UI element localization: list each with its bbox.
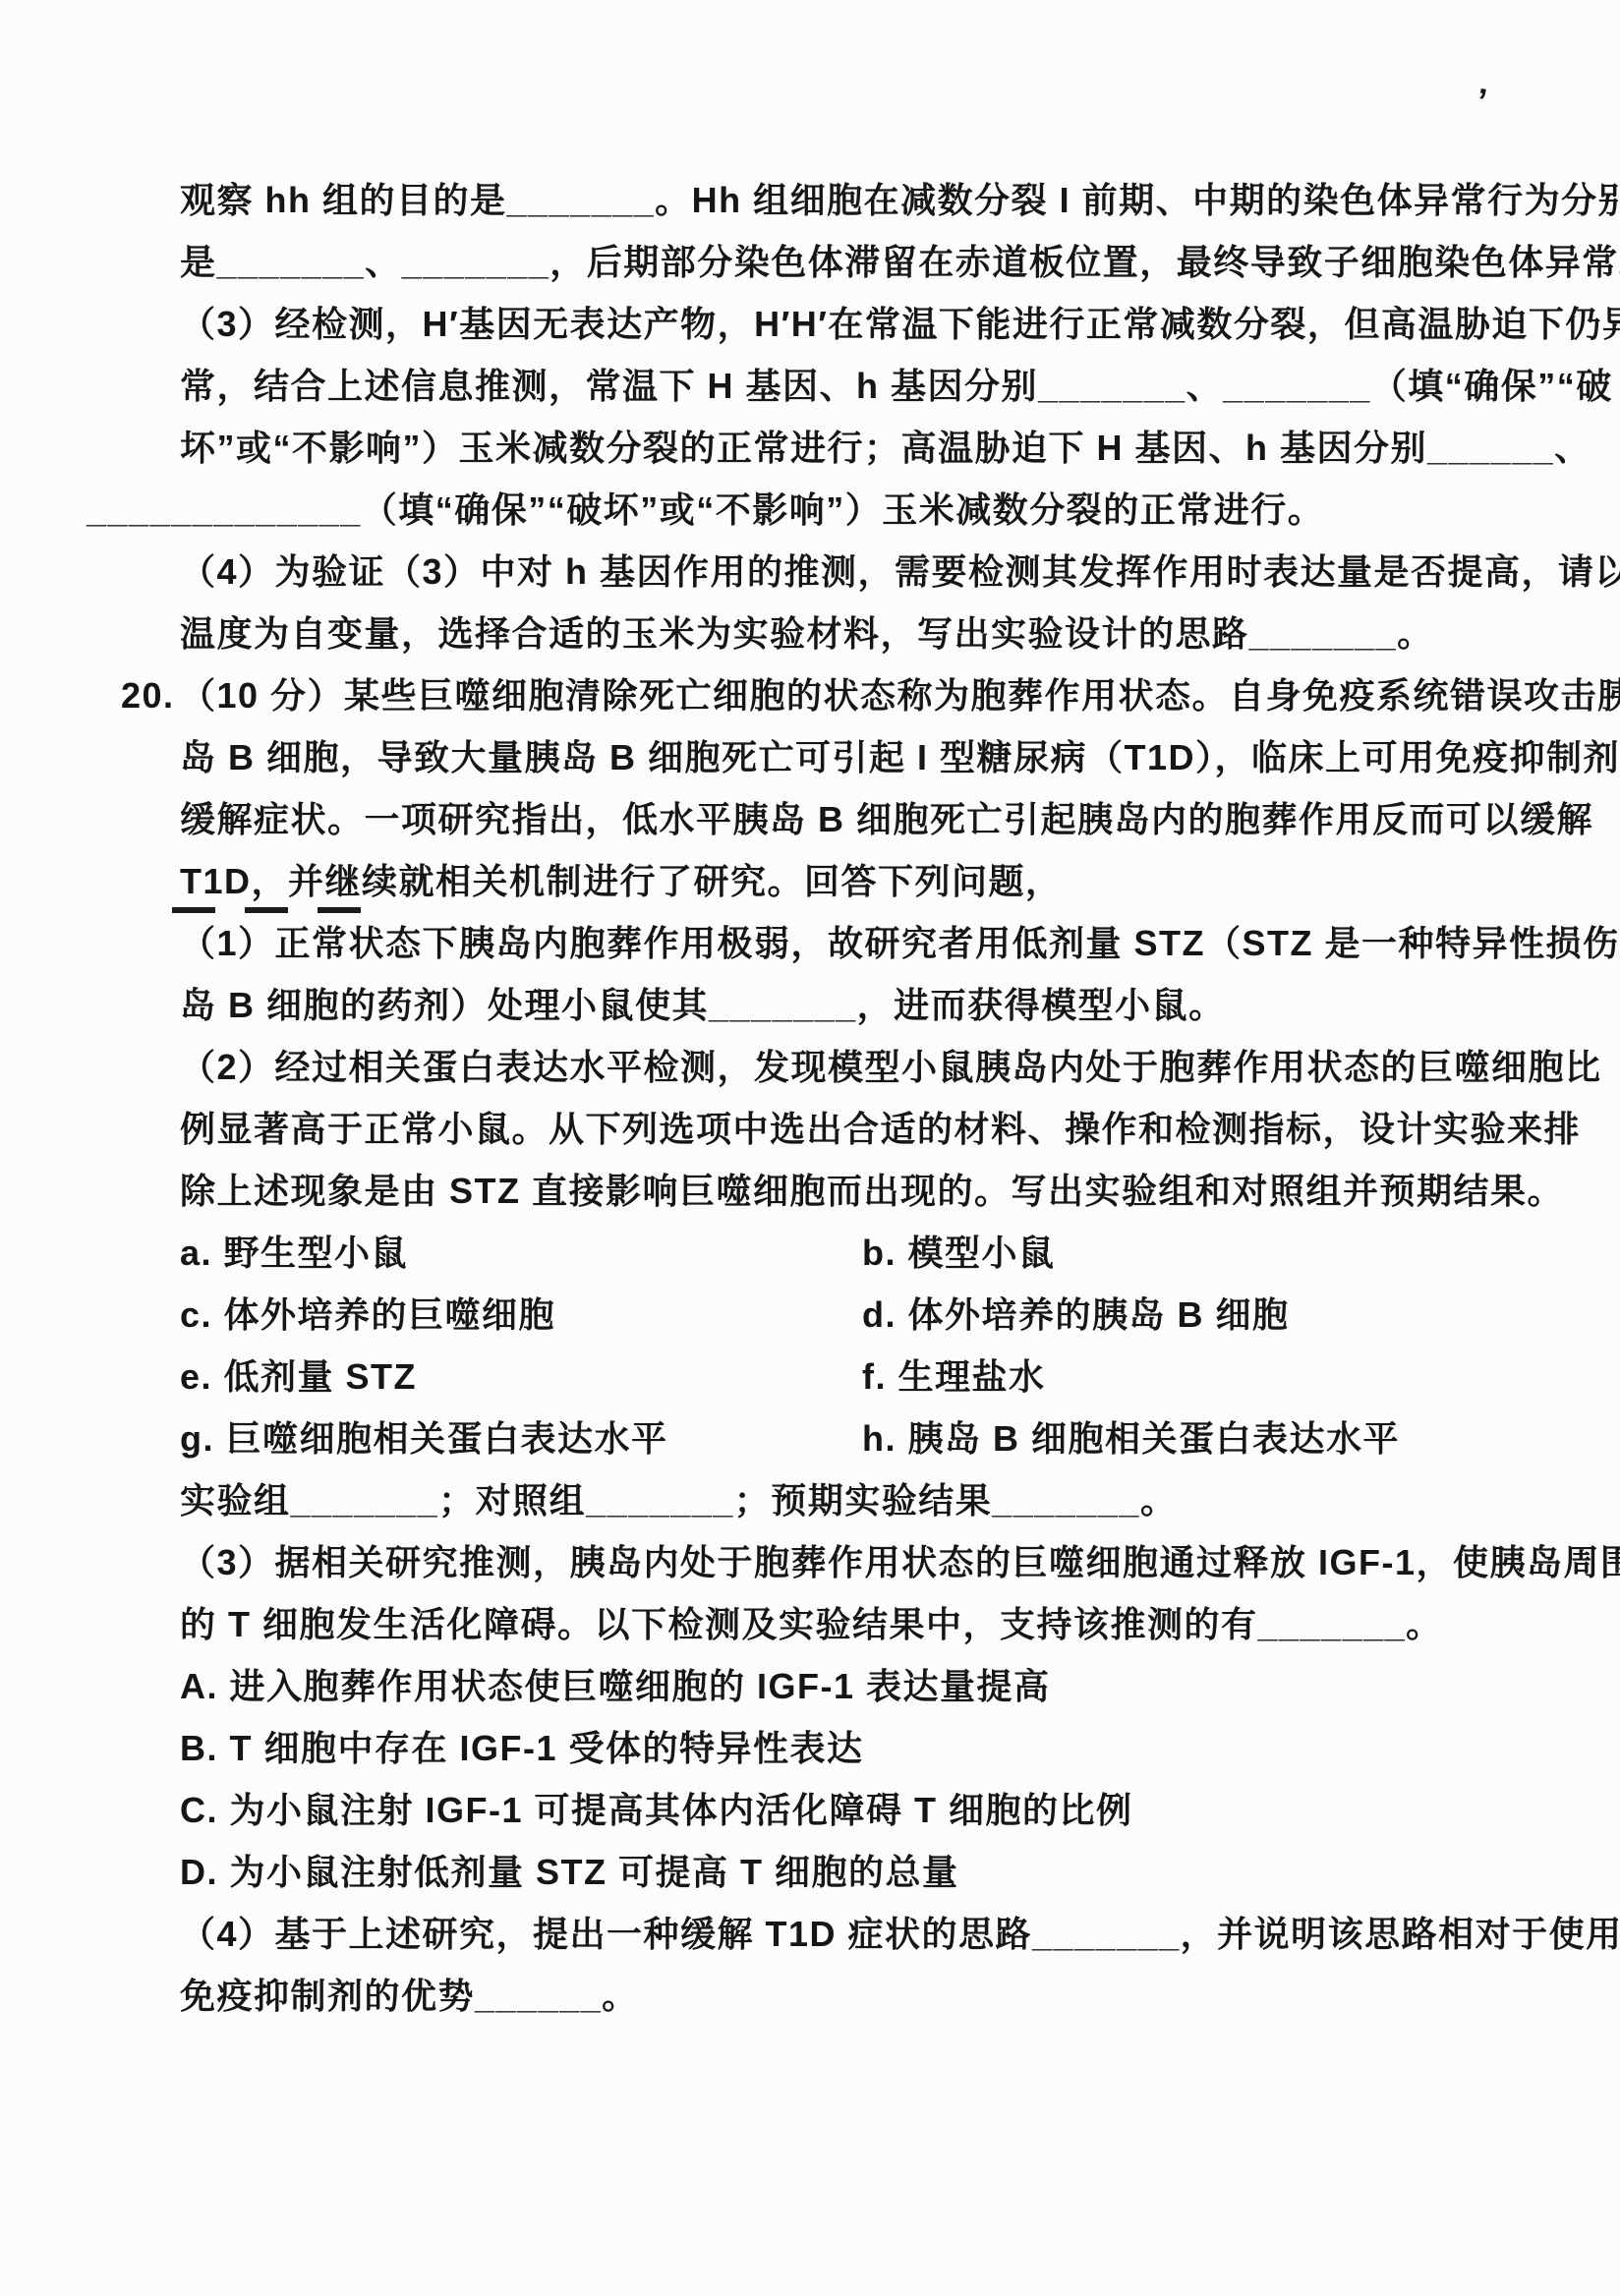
line-text: 坏”或“不影响”）玉米减数分裂的正常进行；高温胁迫下 H 基因、h 基因分别__… xyxy=(180,417,1591,479)
line-text: （2）经过相关蛋白表达水平检测，发现模型小鼠胰岛内处于胞葬作用状态的巨噬细胞比 xyxy=(180,1036,1602,1098)
question-number: 20. xyxy=(121,664,175,726)
text-line: 除上述现象是由 STZ 直接影响巨噬细胞而出现的。写出实验组和对照组并预期结果。 xyxy=(180,1160,1536,1222)
text-line: 观察 hh 组的目的是_______。Hh 组细胞在减数分裂 I 前期、中期的染… xyxy=(180,169,1536,231)
text-line: （1）正常状态下胰岛内胞葬作用极弱，故研究者用低剂量 STZ（STZ 是一种特异… xyxy=(180,912,1536,974)
text-line: g. 巨噬细胞相关蛋白表达水平h. 胰岛 B 细胞相关蛋白表达水平 xyxy=(180,1407,1536,1469)
text-line: B. T 细胞中存在 IGF-1 受体的特异性表达 xyxy=(180,1717,1536,1779)
line-text: A. 进入胞葬作用状态使巨噬细胞的 IGF-1 表达量提高 xyxy=(180,1655,1051,1717)
text-line: T1D，并继续就相关机制进行了研究。回答下列问题， xyxy=(180,850,1536,912)
option-item: d. 体外培养的胰岛 B 细胞 xyxy=(862,1284,1290,1346)
text-line: D. 为小鼠注射低剂量 STZ 可提高 T 细胞的总量 xyxy=(180,1841,1536,1903)
text-line: （3）据相关研究推测，胰岛内处于胞葬作用状态的巨噬细胞通过释放 IGF-1，使胰… xyxy=(180,1531,1536,1593)
text-line: 例显著高于正常小鼠。从下列选项中选出合适的材料、操作和检测指标，设计实验来排 xyxy=(180,1098,1536,1160)
text-line: （2）经过相关蛋白表达水平检测，发现模型小鼠胰岛内处于胞葬作用状态的巨噬细胞比 xyxy=(180,1036,1536,1098)
line-text: C. 为小鼠注射 IGF-1 可提高其体内活化障碍 T 细胞的比例 xyxy=(180,1779,1133,1841)
text-line: 岛 B 细胞的药剂）处理小鼠使其_______，进而获得模型小鼠。 xyxy=(180,974,1536,1036)
scan-artifact-tick: ’ xyxy=(1473,80,1489,122)
line-text: 实验组_______；对照组_______；预期实验结果_______。 xyxy=(180,1469,1177,1531)
line-text: （4）为验证（3）中对 h 基因作用的推测，需要检测其发挥作用时表达量是否提高，… xyxy=(180,541,1620,603)
line-text: （3）经检测，H′基因无表达产物，H′H′在常温下能进行正常减数分裂，但高温胁迫… xyxy=(180,293,1620,355)
text-line: A. 进入胞葬作用状态使巨噬细胞的 IGF-1 表达量提高 xyxy=(180,1655,1536,1717)
text-line: 20.（10 分）某些巨噬细胞清除死亡细胞的状态称为胞葬作用状态。自身免疫系统错… xyxy=(180,664,1536,726)
line-text: 常，结合上述信息推测，常温下 H 基因、h 基因分别_______、______… xyxy=(180,355,1613,417)
text-line: c. 体外培养的巨噬细胞d. 体外培养的胰岛 B 细胞 xyxy=(180,1284,1536,1346)
line-text: （1）正常状态下胰岛内胞葬作用极弱，故研究者用低剂量 STZ（STZ 是一种特异… xyxy=(180,912,1620,974)
line-text: （10 分）某些巨噬细胞清除死亡细胞的状态称为胞葬作用状态。自身免疫系统错误攻击… xyxy=(180,664,1620,726)
option-item: c. 体外培养的巨噬细胞 xyxy=(180,1284,862,1346)
text-line: （3）经检测，H′基因无表达产物，H′H′在常温下能进行正常减数分裂，但高温胁迫… xyxy=(180,293,1536,355)
line-text: 的 T 细胞发生活化障碍。以下检测及实验结果中，支持该推测的有_______。 xyxy=(180,1593,1443,1655)
text-line: 岛 B 细胞，导致大量胰岛 B 细胞死亡可引起 I 型糖尿病（T1D），临床上可… xyxy=(180,726,1536,788)
text-line: 免疫抑制剂的优势______。 xyxy=(180,1965,1536,2027)
scanned-exam-page: ’ 观察 hh 组的目的是_______。Hh 组细胞在减数分裂 I 前期、中期… xyxy=(0,0,1620,2296)
text-line: 坏”或“不影响”）玉米减数分裂的正常进行；高温胁迫下 H 基因、h 基因分别__… xyxy=(180,417,1536,479)
text-line: 缓解症状。一项研究指出，低水平胰岛 B 细胞死亡引起胰岛内的胞葬作用反而可以缓解 xyxy=(180,788,1536,850)
option-item: a. 野生型小鼠 xyxy=(180,1222,862,1284)
text-line: C. 为小鼠注射 IGF-1 可提高其体内活化障碍 T 细胞的比例 xyxy=(180,1779,1536,1841)
text-line: （4）基于上述研究，提出一种缓解 T1D 症状的思路_______，并说明该思路… xyxy=(180,1903,1536,1965)
text-line: _____________（填“确保”“破坏”或“不影响”）玉米减数分裂的正常进… xyxy=(87,479,1536,541)
line-text: （3）据相关研究推测，胰岛内处于胞葬作用状态的巨噬细胞通过释放 IGF-1，使胰… xyxy=(180,1531,1620,1593)
option-item: g. 巨噬细胞相关蛋白表达水平 xyxy=(180,1407,862,1469)
option-item: b. 模型小鼠 xyxy=(862,1222,1056,1284)
line-text: 岛 B 细胞，导致大量胰岛 B 细胞死亡可引起 I 型糖尿病（T1D），临床上可… xyxy=(180,726,1620,788)
line-text: 免疫抑制剂的优势______。 xyxy=(180,1965,639,2027)
text-line: a. 野生型小鼠b. 模型小鼠 xyxy=(180,1222,1536,1284)
text-line: （4）为验证（3）中对 h 基因作用的推测，需要检测其发挥作用时表达量是否提高，… xyxy=(180,541,1536,603)
text-line: e. 低剂量 STZf. 生理盐水 xyxy=(180,1346,1536,1407)
text-line: 温度为自变量，选择合适的玉米为实验材料，写出实验设计的思路_______。 xyxy=(180,603,1536,664)
line-text: B. T 细胞中存在 IGF-1 受体的特异性表达 xyxy=(180,1717,864,1779)
line-text: （4）基于上述研究，提出一种缓解 T1D 症状的思路_______，并说明该思路… xyxy=(180,1903,1620,1965)
line-text: 例显著高于正常小鼠。从下列选项中选出合适的材料、操作和检测指标，设计实验来排 xyxy=(180,1098,1581,1160)
line-text: 缓解症状。一项研究指出，低水平胰岛 B 细胞死亡引起胰岛内的胞葬作用反而可以缓解 xyxy=(180,788,1593,850)
line-text: 观察 hh 组的目的是_______。Hh 组细胞在减数分裂 I 前期、中期的染… xyxy=(180,169,1620,231)
line-text: 除上述现象是由 STZ 直接影响巨噬细胞而出现的。写出实验组和对照组并预期结果。 xyxy=(180,1160,1564,1222)
text-line: 常，结合上述信息推测，常温下 H 基因、h 基因分别_______、______… xyxy=(180,355,1536,417)
text-line: 实验组_______；对照组_______；预期实验结果_______。 xyxy=(180,1469,1536,1531)
line-text: _____________（填“确保”“破坏”或“不影响”）玉米减数分裂的正常进… xyxy=(87,479,1324,541)
line-text: 岛 B 细胞的药剂）处理小鼠使其_______，进而获得模型小鼠。 xyxy=(180,974,1226,1036)
option-item: f. 生理盐水 xyxy=(862,1346,1046,1407)
text-block: 观察 hh 组的目的是_______。Hh 组细胞在减数分裂 I 前期、中期的染… xyxy=(180,169,1536,2027)
option-item: h. 胰岛 B 细胞相关蛋白表达水平 xyxy=(862,1407,1400,1469)
line-text: 温度为自变量，选择合适的玉米为实验材料，写出实验设计的思路_______。 xyxy=(180,603,1434,664)
line-text: D. 为小鼠注射低剂量 STZ 可提高 T 细胞的总量 xyxy=(180,1841,959,1903)
text-line: 是_______、_______，后期部分染色体滞留在赤道板位置，最终导致子细胞… xyxy=(180,231,1536,293)
line-text: T1D，并继续就相关机制进行了研究。回答下列问题， xyxy=(180,850,1063,912)
text-line: 的 T 细胞发生活化障碍。以下检测及实验结果中，支持该推测的有_______。 xyxy=(180,1593,1536,1655)
option-item: e. 低剂量 STZ xyxy=(180,1346,862,1407)
line-text: 是_______、_______，后期部分染色体滞留在赤道板位置，最终导致子细胞… xyxy=(180,231,1620,293)
